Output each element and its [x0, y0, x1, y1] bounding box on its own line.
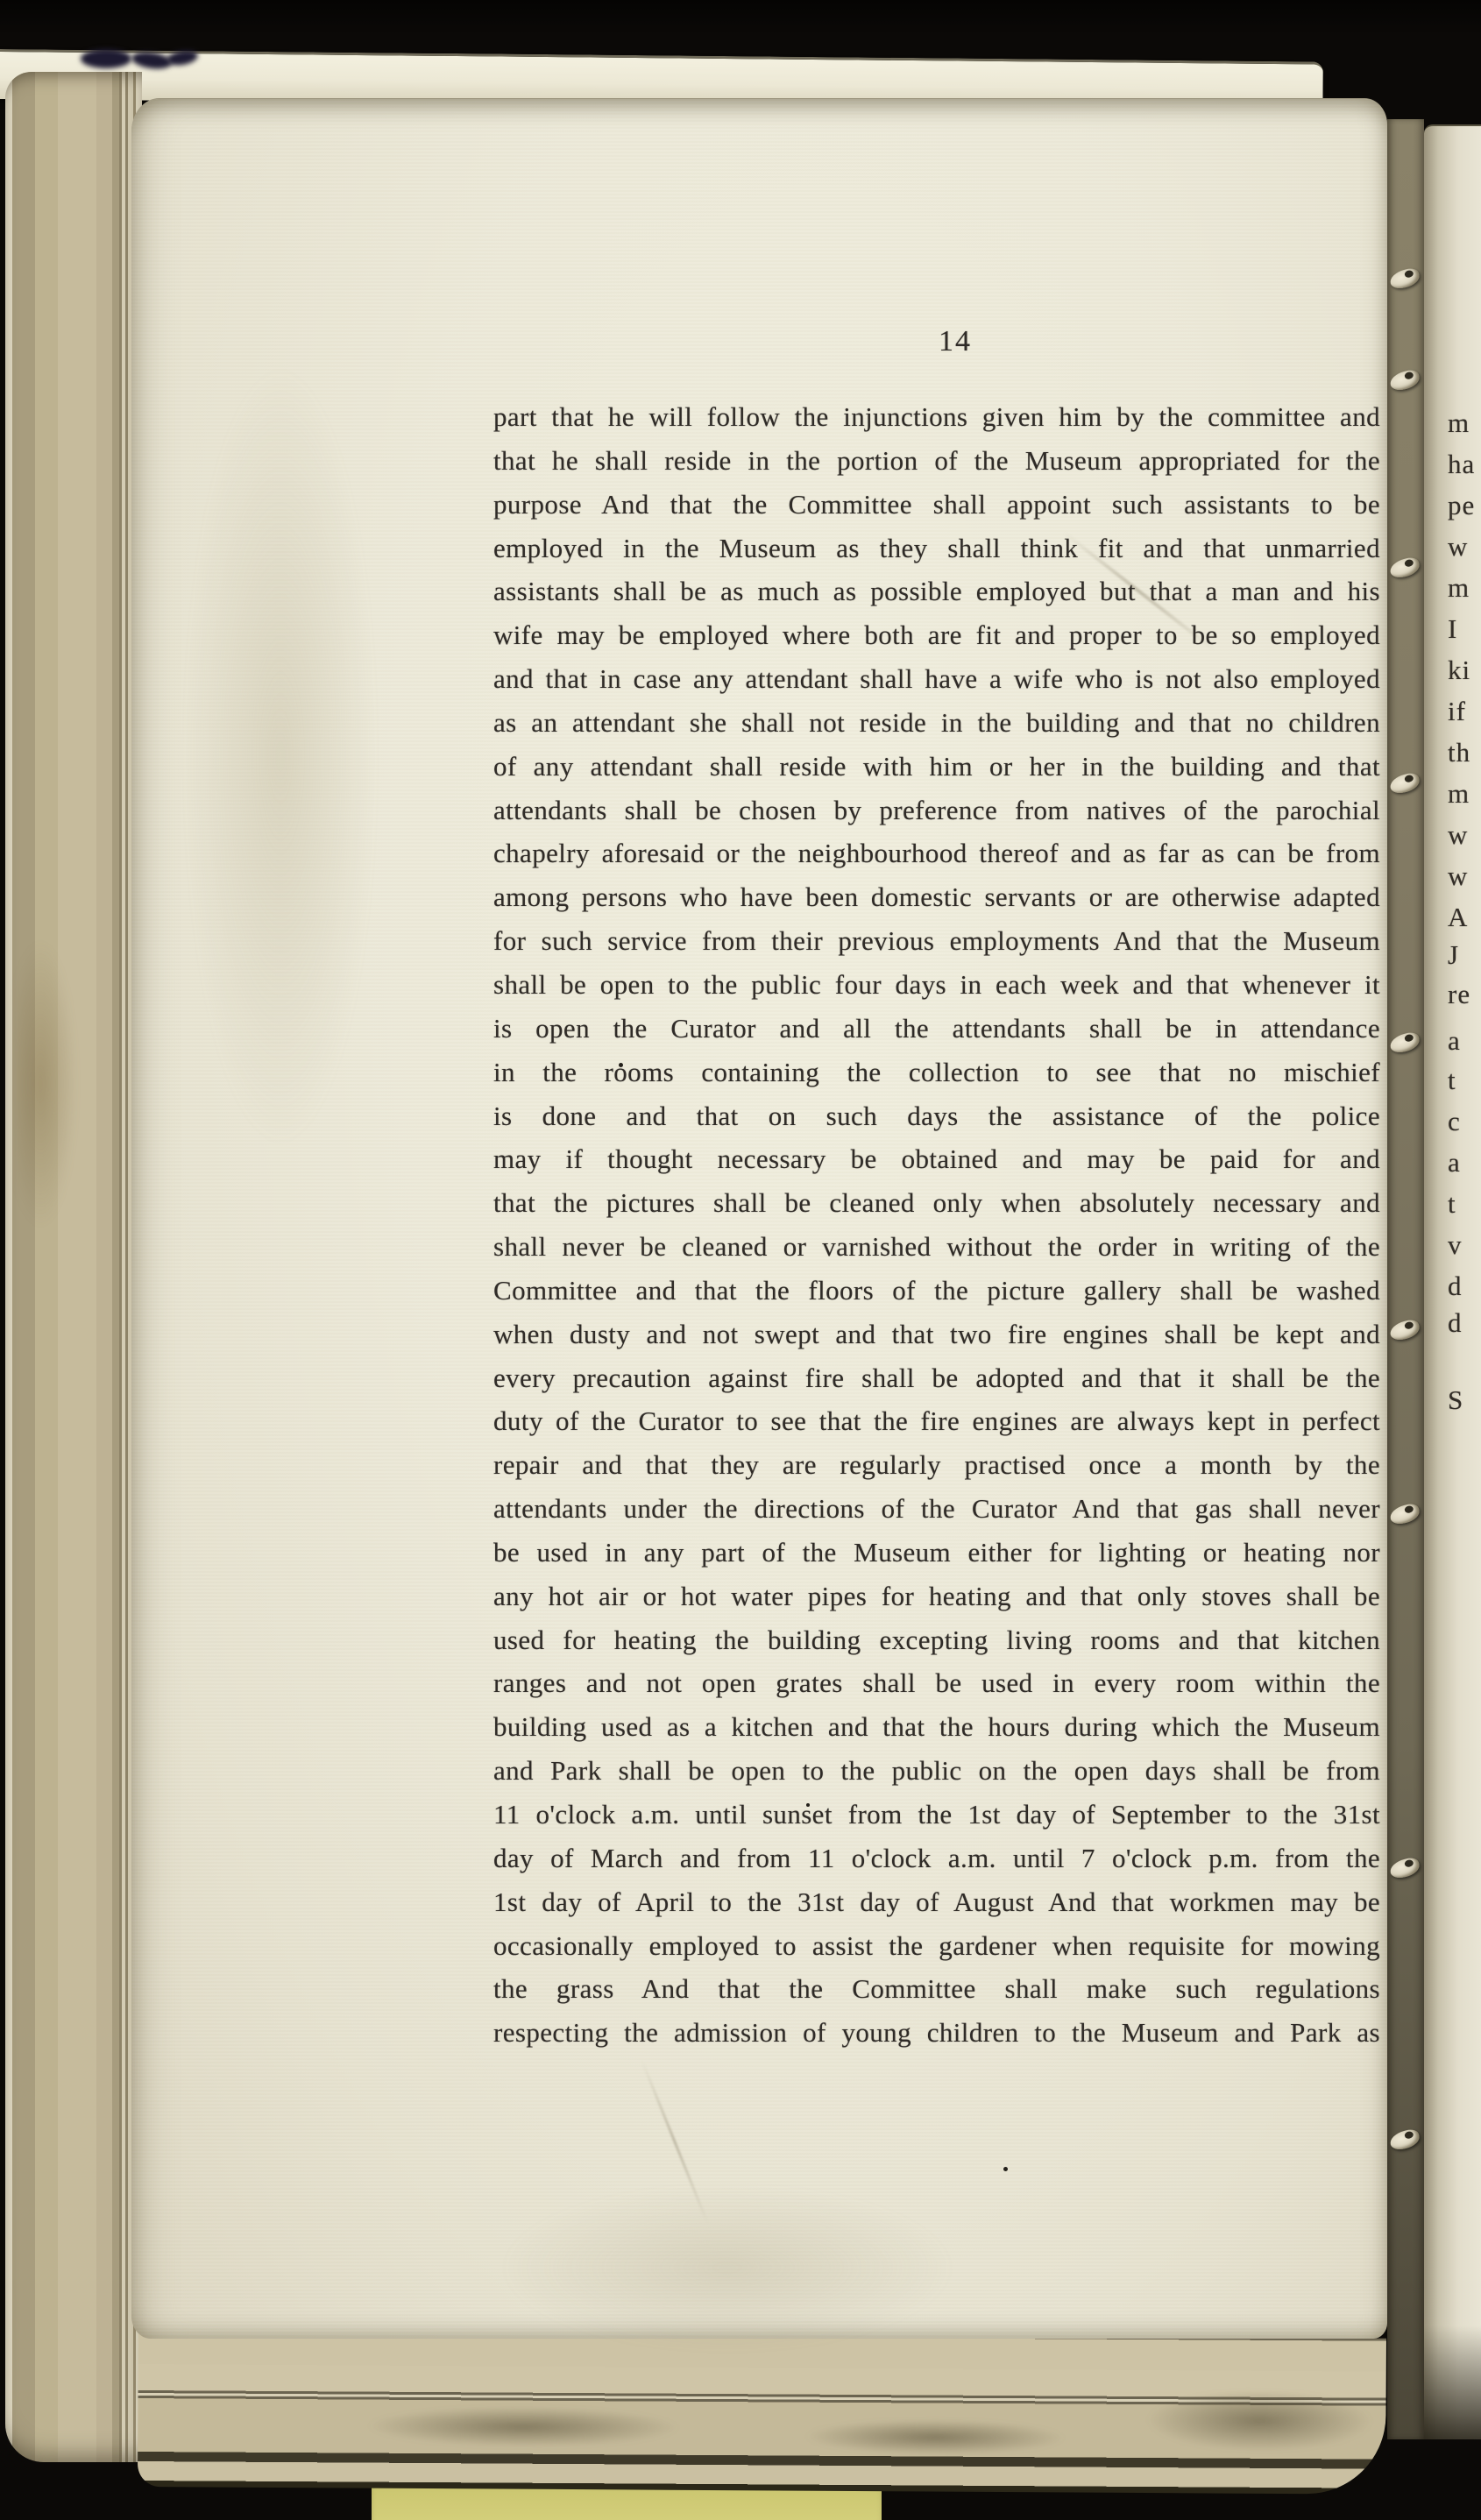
next-page-text-fragment: t	[1448, 1066, 1481, 1094]
text-line: any hot air or hot water pipes for heati…	[493, 1575, 1380, 1618]
next-page-text-fragment: a	[1448, 1027, 1481, 1054]
book-page: 14 part that he will follow the injuncti…	[131, 98, 1387, 2339]
text-line: chapelry aforesaid or the neighbourhood …	[493, 832, 1380, 875]
text-line: is done and that on such days the assist…	[493, 1094, 1380, 1138]
text-line: employed in the Museum as they shall thi…	[493, 527, 1380, 570]
text-line: building used as a kitchen and that the …	[493, 1705, 1380, 1749]
text-line: repair and that they are regularly pract…	[493, 1443, 1380, 1487]
next-page-text-fragment: v	[1448, 1231, 1481, 1258]
next-page-text-fragment: w	[1448, 821, 1481, 848]
edge-smudge	[804, 2419, 1066, 2456]
text-line: respecting the admission of young childr…	[493, 2011, 1380, 2055]
next-page-text-fragment: m	[1448, 574, 1481, 601]
text-line: shall never be cleaned or varnished with…	[493, 1225, 1380, 1269]
text-line: may if thought necessary be obtained and…	[493, 1137, 1380, 1181]
next-page-text-fragment: re	[1448, 980, 1481, 1008]
binding-fiber	[81, 49, 131, 68]
next-page-text-fragment: ha	[1448, 450, 1481, 478]
paper-stain	[184, 362, 377, 1150]
next-page-text-fragment: d	[1448, 1272, 1481, 1299]
text-line: be used in any part of the Museum either…	[493, 1531, 1380, 1575]
ink-speck	[1003, 2167, 1008, 2171]
next-page-text-fragment: t	[1448, 1190, 1481, 1217]
next-page-text-fragment: m	[1448, 780, 1481, 807]
paper-stain	[500, 2184, 955, 2351]
text-line: duty of the Curator to see that the fire…	[493, 1399, 1380, 1443]
text-line: and that in case any attendant shall hav…	[493, 657, 1380, 701]
edge-smudge	[1145, 2389, 1373, 2453]
next-page-text-fragment: a	[1448, 1149, 1481, 1176]
next-page-text-fragment: w	[1448, 533, 1481, 560]
edge-stain	[16, 939, 77, 1228]
next-page-sliver: mhapewmIkiifthmwwAJreatcatvddS	[1424, 124, 1481, 2439]
page-number: 14	[859, 325, 1052, 358]
page-stack-left-edge	[5, 72, 142, 2462]
next-page-text-fragment: J	[1448, 941, 1481, 968]
text-line: for such service from their previous emp…	[493, 919, 1380, 963]
text-line: purpose And that the Committee shall app…	[493, 483, 1380, 527]
text-line: 1st day of April to the 31st day of Augu…	[493, 1880, 1380, 1924]
text-line: attendants shall be chosen by preference…	[493, 789, 1380, 832]
next-page-text-fragment: pe	[1448, 492, 1481, 519]
text-line: used for heating the building excepting …	[493, 1618, 1380, 1662]
text-line: as an attendant she shall not reside in …	[493, 701, 1380, 745]
page-stack-bottom-edge	[138, 2331, 1386, 2495]
next-page-text-fragment: A	[1448, 903, 1481, 931]
next-page-text-fragment: S	[1448, 1386, 1481, 1413]
text-line: wife may be employed where both are fit …	[493, 613, 1380, 657]
text-line: in the rooms containing the collection t…	[493, 1051, 1380, 1094]
text-line: 11 o'clock a.m. until sunset from the 1s…	[493, 1793, 1380, 1837]
next-page-text-fragment: d	[1448, 1309, 1481, 1336]
book-gutter	[1387, 119, 1424, 2439]
text-line: when dusty and not swept and that two fi…	[493, 1313, 1380, 1356]
gutter-shadow	[1424, 2325, 1481, 2439]
next-page-text-fragment: I	[1448, 615, 1481, 642]
text-line: that he shall reside in the portion of t…	[493, 439, 1380, 483]
text-line: attendants under the directions of the C…	[493, 1487, 1380, 1531]
next-page-text-fragment: w	[1448, 862, 1481, 889]
text-line: that the pictures shall be cleaned only …	[493, 1181, 1380, 1225]
text-line: and Park shall be open to the public on …	[493, 1749, 1380, 1793]
text-line: assistants shall be as much as possible …	[493, 570, 1380, 613]
next-page-text-fragment: c	[1448, 1108, 1481, 1135]
text-line: among persons who have been domestic ser…	[493, 875, 1380, 919]
text-line: day of March and from 11 o'clock a.m. un…	[493, 1837, 1380, 1880]
text-line: the grass And that the Committee shall m…	[493, 1967, 1380, 2011]
page-text: part that he will follow the injunctions…	[493, 395, 1380, 2055]
book-photograph: mhapewmIkiifthmwwAJreatcatvddS 14 part t…	[0, 0, 1481, 2520]
text-line: Committee and that the floors of the pic…	[493, 1269, 1380, 1313]
text-line: is open the Curator and all the attendan…	[493, 1007, 1380, 1051]
text-line: shall be open to the public four days in…	[493, 963, 1380, 1007]
text-line: of any attendant shall reside with him o…	[493, 745, 1380, 789]
edge-smudge	[365, 2406, 681, 2448]
next-page-text-fragment: th	[1448, 739, 1481, 766]
text-line: occasionally employed to assist the gard…	[493, 1924, 1380, 1968]
next-page-text-fragment: ki	[1448, 656, 1481, 683]
text-line: ranges and not open grates shall be used…	[493, 1661, 1380, 1705]
text-line: every precaution against fire shall be a…	[493, 1356, 1380, 1400]
text-line: part that he will follow the injunctions…	[493, 395, 1380, 439]
next-page-text-fragment: m	[1448, 409, 1481, 436]
next-page-text-fragment: if	[1448, 697, 1481, 725]
